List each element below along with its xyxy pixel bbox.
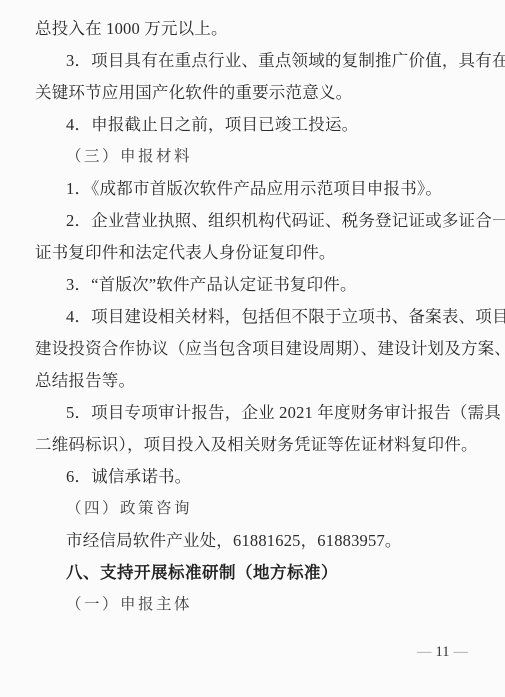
paragraph-line: 3．“首版次”软件产品认定证书复印件。: [35, 269, 473, 301]
paragraph-line: 总投入在 1000 万元以上。: [35, 13, 473, 45]
paragraph-line: 6．诚信承诺书。: [35, 461, 473, 493]
subsection-heading: （三）申报材料: [35, 141, 473, 173]
section-heading: 八、支持开展标准研制（地方标准）: [35, 557, 473, 589]
paragraph-line: 4．项目建设相关材料，包括但不限于立项书、备案表、项目: [35, 301, 473, 333]
subsection-heading: （一）申报主体: [35, 589, 473, 621]
paragraph-line: 总结报告等。: [35, 365, 473, 397]
paragraph-line: 证书复印件和法定代表人身份证复印件。: [35, 237, 473, 269]
page-number: —11—: [413, 644, 472, 661]
paragraph-line: 3．项目具有在重点行业、重点领域的复制推广价值，具有在: [35, 45, 473, 77]
paragraph-line: 市经信局软件产业处，61881625，61883957。: [35, 525, 473, 557]
subsection-heading: （四）政策咨询: [35, 493, 473, 525]
paragraph-line: 5．项目专项审计报告，企业 2021 年度财务审计报告（需具: [35, 397, 473, 429]
paragraph-line: 建设投资合作协议（应当包含项目建设周期）、建设计划及方案、: [35, 333, 473, 365]
page-number-dash: —: [450, 644, 473, 660]
paragraph-line: 关键环节应用国产化软件的重要示范意义。: [35, 77, 473, 109]
document-page: 总投入在 1000 万元以上。 3．项目具有在重点行业、重点领域的复制推广价值，…: [0, 0, 505, 697]
paragraph-line: 二维码标识），项目投入及相关财务凭证等佐证材料复印件。: [35, 429, 473, 461]
page-number-value: 11: [436, 644, 450, 660]
paragraph-line: 2．企业营业执照、组织机构代码证、税务登记证或多证合一: [35, 205, 473, 237]
paragraph-line: 4．申报截止日之前，项目已竣工投运。: [35, 109, 473, 141]
paragraph-line: 1．《成都市首版次软件产品应用示范项目申报书》。: [35, 173, 473, 205]
document-body: 总投入在 1000 万元以上。 3．项目具有在重点行业、重点领域的复制推广价值，…: [35, 13, 473, 621]
page-number-dash: —: [413, 644, 436, 660]
